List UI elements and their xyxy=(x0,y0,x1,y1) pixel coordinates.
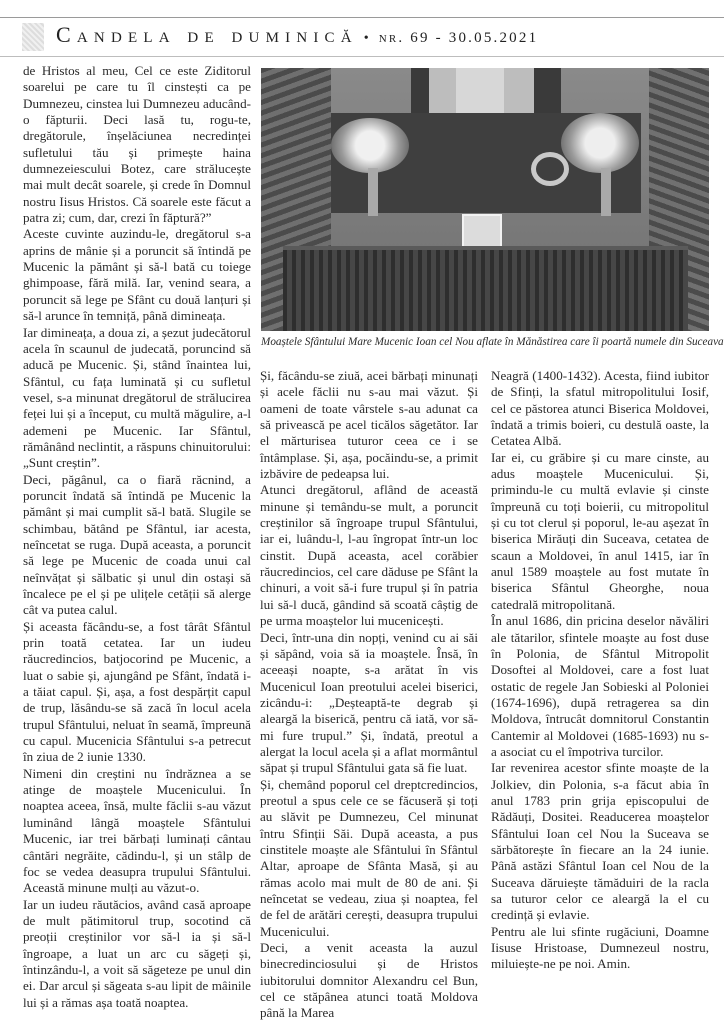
paragraph: Deci, păgânul, ca o fiară răcnind, a por… xyxy=(23,472,251,619)
paragraph: Deci, a venit aceasta la auzul binecredi… xyxy=(260,940,478,1022)
small-icon-frame xyxy=(462,214,502,250)
paragraph: În anul 1686, din pricina deselor năvăli… xyxy=(491,613,709,760)
relics-photo xyxy=(261,68,709,331)
reliquary-chest xyxy=(283,246,688,331)
paragraph: de Hristos al meu, Cel ce este Ziditorul… xyxy=(23,63,251,226)
silver-ornament xyxy=(531,152,569,186)
paragraph: Iar revenirea acestor sfinte moaște de l… xyxy=(491,760,709,923)
article-column-middle: Și, făcându-se ziuă, acei bărbați minuna… xyxy=(260,368,478,1022)
paragraph: Pentru ale lui sfinte rugăciuni, Doamne … xyxy=(491,924,709,973)
vase-left xyxy=(368,168,378,216)
paragraph: Iar ei, cu grăbire și cu mare cinste, au… xyxy=(491,450,709,613)
publication-title: Candela de duminică xyxy=(56,22,358,48)
vase-right xyxy=(601,168,611,216)
church-emblem-icon xyxy=(22,23,44,51)
paragraph: Nimeni din creștini nu îndrăznea a se at… xyxy=(23,766,251,897)
paragraph: Și, chemând poporul cel dreptcredincios,… xyxy=(260,777,478,940)
paragraph: Și aceasta făcându-se, a fost târât Sfân… xyxy=(23,619,251,766)
paragraph: Deci, într-una din nopți, venind cu ai s… xyxy=(260,630,478,777)
paragraph: Și, făcându-se ziuă, acei bărbați minuna… xyxy=(260,368,478,482)
bullet-separator: • xyxy=(364,31,369,47)
paragraph: Aceste cuvinte auzindu-le, dregătorul s-… xyxy=(23,226,251,324)
paragraph: Iar dimineața, a doua zi, a șezut judecă… xyxy=(23,325,251,472)
flower-bouquet-left xyxy=(331,118,409,173)
flower-bouquet-right xyxy=(561,113,639,173)
issue-number-date: nr. 69 - 30.05.2021 xyxy=(379,30,539,47)
article-column-right: Neagră (1400-1432). Acesta, fiind iubito… xyxy=(491,368,709,973)
article-column-left: de Hristos al meu, Cel ce este Ziditorul… xyxy=(23,63,251,1011)
paragraph: Iar un iudeu răutăcios, având casă aproa… xyxy=(23,897,251,1011)
paragraph: Neagră (1400-1432). Acesta, fiind iubito… xyxy=(491,368,709,450)
photo-caption: Moaștele Sfântului Mare Mucenic Ioan cel… xyxy=(261,336,721,348)
page-header: Candela de duminică • nr. 69 - 30.05.202… xyxy=(0,17,724,57)
paragraph: Atunci dregătorul, aflând de această min… xyxy=(260,482,478,629)
masthead: Candela de duminică • nr. 69 - 30.05.202… xyxy=(56,22,538,52)
